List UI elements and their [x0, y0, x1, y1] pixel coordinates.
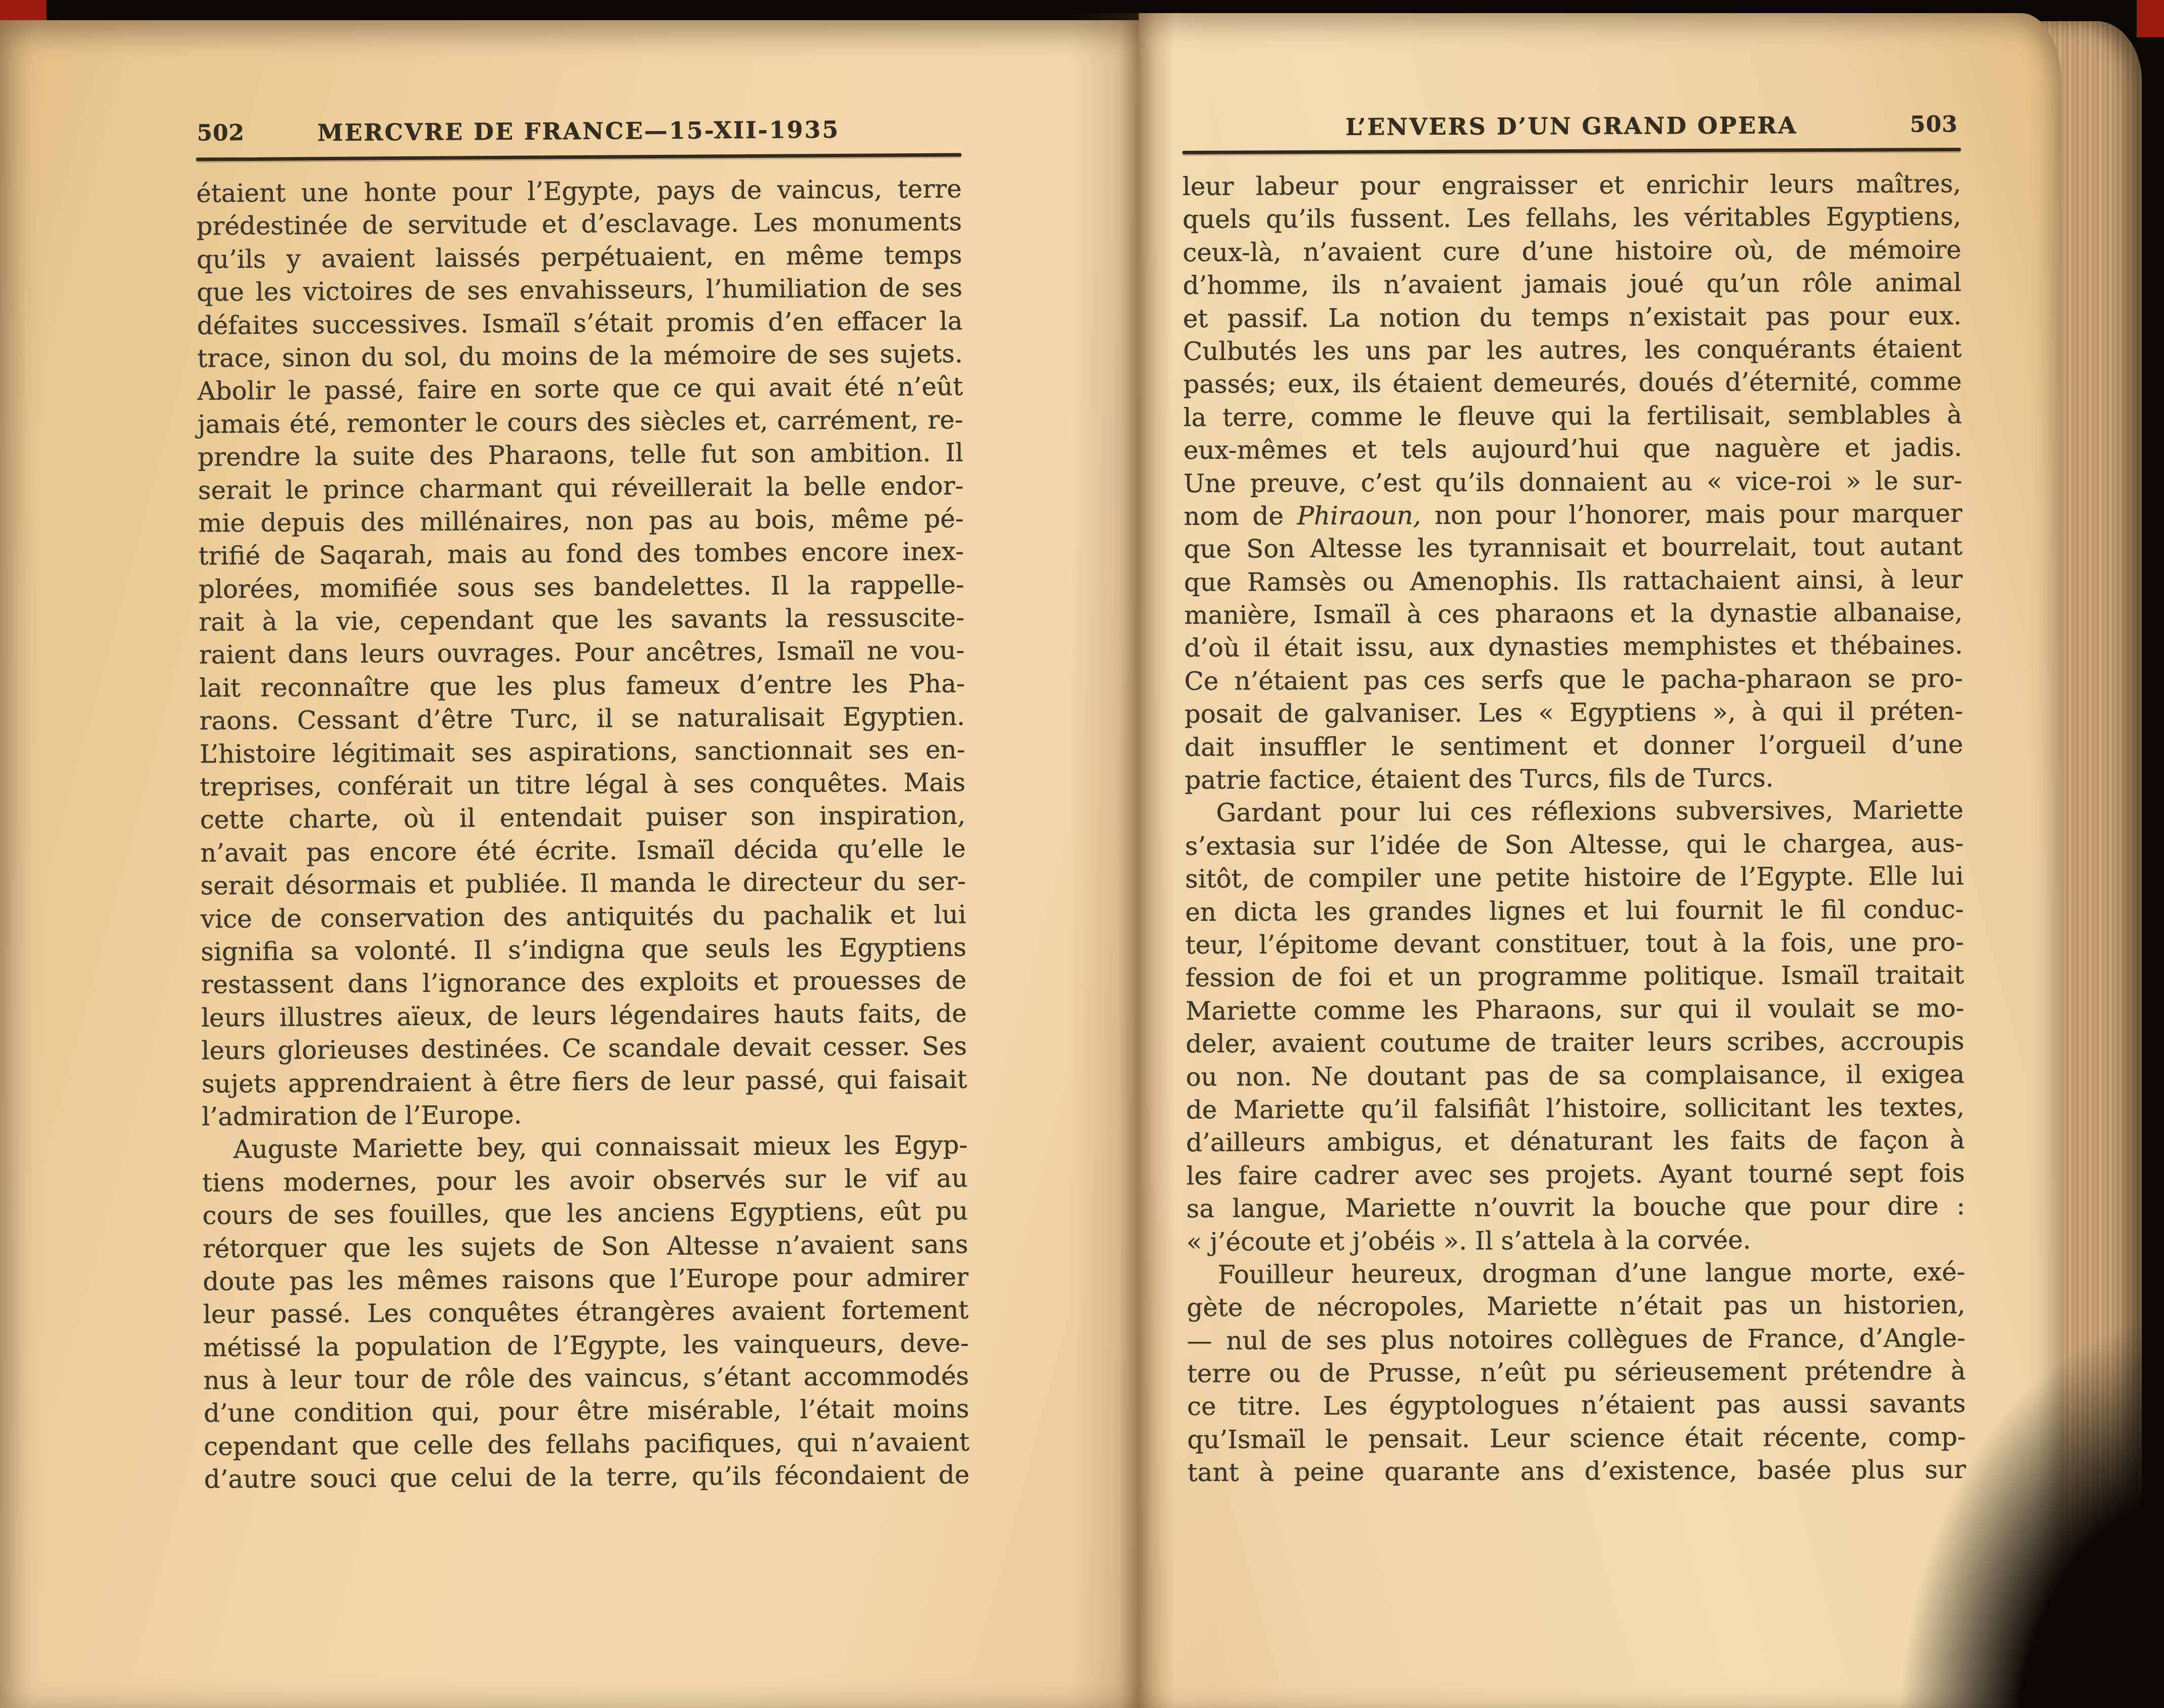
left-page-number: 502: [197, 109, 245, 158]
text-line: L’histoire légitimait ses aspirations, s…: [200, 733, 965, 771]
text-line: posait de galvaniser. Les « Egyptiens »,…: [1185, 695, 1963, 731]
text-line: que Son Altesse les tyrannisait et bourr…: [1184, 530, 1962, 566]
text-line: leur labeur pour engraisser et enrichir …: [1183, 167, 1961, 203]
text-line: et passif. La notion du temps n’existait…: [1183, 300, 1962, 335]
text-line: Culbutés les uns par les autres, les con…: [1183, 332, 1962, 368]
text-line: rétorquer que les sujets de Son Altesse …: [203, 1228, 968, 1266]
text-line: d’ailleurs ambigus, et dénaturant les fa…: [1186, 1124, 1965, 1159]
text-line: sujets apprendraient à être fiers de leu…: [202, 1063, 967, 1101]
text-line: tant à peine quarante ans d’existence, b…: [1187, 1453, 1966, 1489]
text-line: dait insuffler le sentiment et donner l’…: [1185, 728, 1963, 764]
text-line: Une preuve, c’est qu’ils donnaient au « …: [1184, 464, 1962, 500]
text-line: treprises, conférait un titre légal à se…: [200, 766, 965, 804]
text-line: n’avait pas encore été écrite. Ismaïl dé…: [200, 832, 966, 870]
text-line: doute pas les mêmes raisons que l’Europe…: [203, 1261, 968, 1299]
text-line: plorées, momifiée sous ses bandelettes. …: [199, 568, 964, 606]
text-line: d’autre souci que celui de la terre, qu’…: [204, 1459, 969, 1497]
text-line: raons. Cessant d’être Turc, il se natura…: [199, 700, 965, 738]
right-page: L’ENVERS D’UN GRAND OPERA 503 leur labeu…: [1182, 100, 1966, 1490]
text-line: quels qu’ils fussent. Les fellahs, les v…: [1183, 200, 1961, 236]
text-line: « j’écoute et j’obéis ». Il s’attela à l…: [1187, 1223, 1965, 1259]
right-page-header: L’ENVERS D’UN GRAND OPERA 503: [1182, 100, 1961, 152]
text-line: Ce n’étaient pas ces serfs que le pacha-…: [1184, 662, 1963, 698]
text-line: la terre, comme le fleuve qui la fertili…: [1183, 398, 1962, 434]
text-line: cependant que celle des fellahs pacifiqu…: [204, 1426, 969, 1463]
text-line: — nul de ses plus notoires collègues de …: [1187, 1322, 1965, 1358]
book-photo: { "colors": { "paper": "#f0d5a6", "ink":…: [0, 0, 2164, 1708]
text-line: qu’ils y avaient laissés perpétuaient, e…: [197, 239, 962, 276]
text-line: leurs glorieuses destinées. Ce scandale …: [201, 1030, 967, 1068]
text-line: prendre la suite des Pharaons, telle fut…: [198, 436, 963, 474]
text-line: Mariette comme les Pharaons, sur qui il …: [1186, 992, 1964, 1028]
text-line: défaites successives. Ismaïl s’était pro…: [197, 305, 962, 342]
text-line: étaient une honte pour l’Egypte, pays de…: [196, 172, 962, 210]
text-line: d’une condition qui, pour être misérable…: [204, 1393, 969, 1431]
text-line: Gardant pour lui ces réflexions subversi…: [1185, 794, 1963, 830]
text-line: cette charte, où il entendait puiser son…: [200, 799, 965, 837]
text-segment: non pour l’honorer, mais pour marquer: [1421, 499, 1962, 530]
text-line: nom de Phiraoun, non pour l’honorer, mai…: [1184, 497, 1962, 533]
text-line: d’où il était issu, aux dynasties memphi…: [1184, 629, 1963, 665]
text-line: serait le prince charmant qui réveillera…: [198, 469, 963, 507]
text-line: manière, Ismaïl à ces pharaons et la dyn…: [1184, 596, 1963, 632]
left-page: 502 MERCVRE DE FRANCE—15-XII-1935 étaien…: [196, 104, 970, 1496]
text-line: lait reconnaître que les plus fameux d’e…: [199, 667, 965, 705]
text-line: raient dans leurs ouvrages. Pour ancêtre…: [199, 634, 964, 672]
text-line: restassent dans l’ignorance des exploits…: [201, 964, 966, 1002]
text-line: ceux-là, n’avaient cure d’une histoire o…: [1183, 233, 1961, 269]
text-line: leur passé. Les conquêtes étrangères ava…: [203, 1294, 968, 1332]
text-line: prédestinée de servitude et d’esclavage.…: [196, 206, 962, 244]
text-line: jamais été, remonter le cours des siècle…: [198, 403, 963, 441]
left-page-header: 502 MERCVRE DE FRANCE—15-XII-1935: [196, 104, 962, 157]
text-line: sitôt, de compiler une petite histoire d…: [1185, 860, 1964, 896]
text-line: s’extasia sur l’idée de Son Altesse, qui…: [1185, 827, 1964, 863]
text-line: terre ou de Prusse, n’eût pu sérieusemen…: [1187, 1354, 1966, 1390]
text-line: leurs illustres aïeux, de leurs légendai…: [201, 997, 967, 1035]
right-page-number: 503: [1910, 100, 1958, 149]
text-line: en dicta les grandes lignes et lui fourn…: [1185, 893, 1964, 929]
text-line: sa langue, Mariette n’ouvrit la bouche q…: [1186, 1190, 1965, 1225]
text-line: serait désormais et publiée. Il manda le…: [200, 865, 966, 903]
text-line: métissé la population de l’Egypte, les v…: [203, 1327, 969, 1365]
left-running-title: MERCVRE DE FRANCE—15-XII-1935: [196, 104, 962, 157]
text-line: nus à leur tour de rôle des vaincus, s’é…: [203, 1360, 969, 1397]
right-page-text: leur labeur pour engraisser et enrichir …: [1183, 167, 1966, 1490]
text-line: l’admiration de l’Europe.: [202, 1096, 967, 1134]
text-line: signifia sa volonté. Il s’indigna que se…: [201, 931, 966, 969]
text-line: Auguste Mariette bey, qui connaissait mi…: [202, 1129, 967, 1167]
text-line: trifié de Saqarah, mais au fond des tomb…: [198, 536, 964, 573]
text-line: d’homme, ils n’avaient jamais joué qu’un…: [1183, 266, 1961, 302]
text-line: fession de foi et un programme politique…: [1186, 959, 1964, 994]
text-line: que les victoires de ses envahisseurs, l…: [197, 272, 962, 310]
text-line: Abolir le passé, faire en sorte que ce q…: [197, 371, 963, 408]
text-line: deler, avaient coutume de traiter leurs …: [1186, 1025, 1964, 1061]
text-line: de Mariette qu’il falsifiât l’histoire, …: [1186, 1091, 1965, 1127]
text-line: mie depuis des millénaires, non pas au b…: [198, 502, 964, 540]
left-page-text: étaient une honte pour l’Egypte, pays de…: [196, 172, 970, 1496]
text-line: gète de nécropoles, Mariette n’était pas…: [1187, 1288, 1965, 1324]
text-line: ce titre. Les égyptologues n’étaient pas…: [1187, 1387, 1966, 1423]
text-line: trace, sinon du sol, du moins de la mémo…: [197, 337, 963, 375]
book-cover-corner-top-right: [2137, 0, 2164, 37]
text-line: eux-mêmes et tels aujourd’hui que naguèr…: [1184, 431, 1962, 467]
text-line: vice de conservation des antiquités du p…: [201, 898, 966, 936]
text-line: tiens modernes, pour les avoir observés …: [202, 1162, 968, 1200]
text-line: cours de ses fouilles, que les anciens E…: [202, 1195, 968, 1232]
right-running-title: L’ENVERS D’UN GRAND OPERA: [1182, 100, 1961, 152]
text-segment: nom de: [1184, 501, 1297, 531]
text-line: que Ramsès ou Amenophis. Ils rattachaien…: [1184, 563, 1963, 599]
text-line: teur, l’épitome devant constituer, tout …: [1185, 926, 1964, 962]
text-line: qu’Ismaïl le pensait. Leur science était…: [1187, 1421, 1966, 1456]
text-line: ou non. Ne doutant pas de sa complaisanc…: [1186, 1058, 1964, 1094]
italic-text: Phiraoun,: [1297, 501, 1421, 531]
text-line: rait à la vie, cependant que les savants…: [199, 601, 964, 639]
text-line: passés; eux, ils étaient demeurés, doués…: [1183, 365, 1962, 401]
text-line: les faire cadrer avec ses projets. Ayant…: [1186, 1157, 1965, 1193]
text-line: Fouilleur heureux, drogman d’une langue …: [1187, 1256, 1965, 1291]
text-line: patrie factice, étaient des Turcs, fils …: [1185, 761, 1963, 797]
